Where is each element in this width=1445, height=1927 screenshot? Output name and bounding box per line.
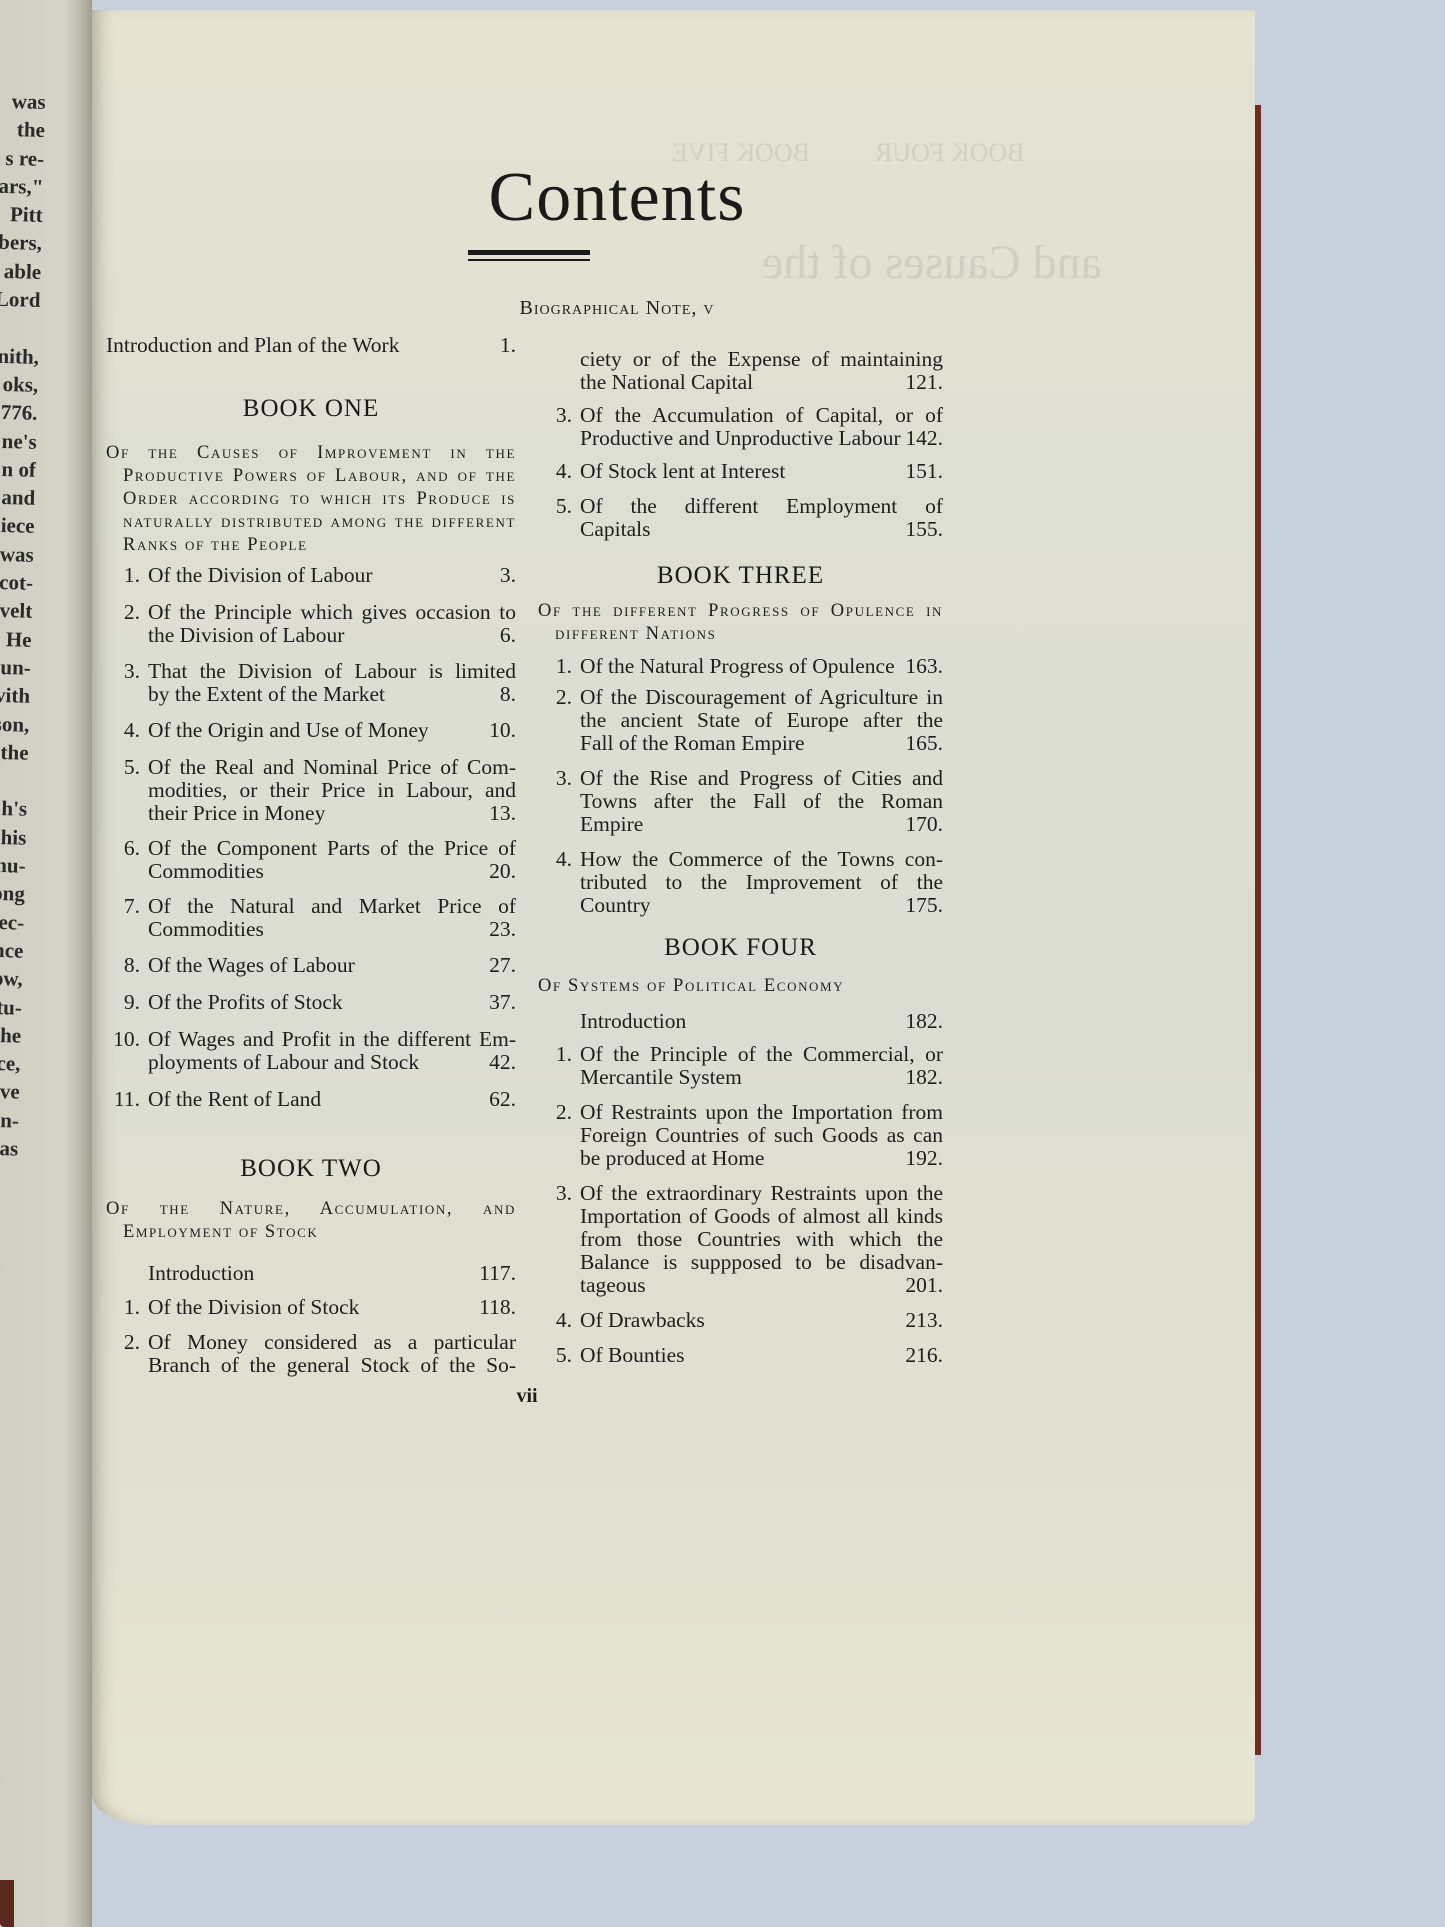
chapter-title-line: from those Countries with which the [580,1228,943,1251]
chapter-title: Of the Origin and Use of Money [148,719,429,742]
chapter-title: Of the Profits of Stock [148,991,343,1014]
chapter-title: Productive and Unproductive Labour [580,427,901,450]
chapter-title-line: Of the Rent of Land62. [148,1088,516,1111]
chapter-page: 13. [489,802,516,825]
page-title: Contents [92,158,1142,238]
facing-page-line: h's [0,794,27,823]
chapter-number: 8. [106,954,148,977]
facing-page-line: nu- [0,851,26,880]
chapter-number: 3. [538,767,580,836]
facing-page-line: and [0,483,36,512]
chapter-title-line: Importation of Goods of almost all kinds [580,1205,943,1228]
chapter-title: Capitals [580,518,650,541]
chapter-number: 5. [106,756,148,825]
chapter-title-line: Of Wages and Profit in the different Em- [148,1028,516,1051]
chapter-title-line: Of Stock lent at Interest151. [580,460,943,483]
chapter-page: 37. [489,991,516,1014]
chapter-entry[interactable]: 3.Of the Accumulation of Capital, or ofP… [538,404,943,450]
chapter-title-line: Of the Principle of the Commercial, or [580,1043,943,1066]
chapter-title-line: Of Drawbacks213. [580,1309,943,1332]
chapter-title-line: the Division of Labour6. [148,624,516,647]
chapter-title-line: Of the extraordinary Restraints upon the [580,1182,943,1205]
chapter-entry[interactable]: 3.Of the extraordinary Restraints upon t… [538,1182,943,1297]
chapter-number: 6. [106,837,148,883]
chapter-title-line: Branch of the general Stock of the So- [148,1354,516,1377]
chapter-page: 10. [489,719,516,742]
chapter-title-line: Fall of the Roman Empire165. [580,732,943,755]
chapter-number: 11. [106,1088,148,1111]
facing-page-line: oks, [0,370,39,399]
chapter-title-line: Mercantile System182. [580,1066,943,1089]
chapter-page: 8. [500,683,516,706]
chapter-entry[interactable]: 7.Of the Natural and Market Price ofComm… [106,895,516,941]
book-four-heading: BOOK FOUR [538,936,943,959]
book-four-subtitle: Of Systems of Political Economy [538,975,943,998]
chapter-title-line: Of the Wages of Labour27. [148,954,516,977]
chapter-title: be produced at Home [580,1147,764,1170]
chapter-entry[interactable]: 4.Of the Origin and Use of Money10. [106,719,516,742]
chapter-title-line: tageous201. [580,1274,943,1297]
chapter-entry[interactable]: 10.Of Wages and Profit in the different … [106,1028,516,1074]
chapter-title-line: That the Division of Labour is limited [148,660,516,683]
chapter-title: Country [580,894,650,917]
chapter-number: 2. [538,1101,580,1170]
chapter-entry[interactable]: ciety or of the Expense of maintainingth… [538,348,943,394]
chapter-number [538,348,580,394]
facing-page-line: ec- [0,907,25,936]
chapter-number: 5. [538,1344,580,1367]
title-rule-thick [468,250,590,255]
chapter-number: 4. [538,460,580,483]
book-three-subtitle: Of the different Progress of Opulence in… [538,600,943,646]
book-two-introduction[interactable]: Introduction 117. [106,1262,516,1285]
chapter-page: 175. [905,894,943,917]
chapter-title-line: modities, or their Price in Labour, and [148,779,516,802]
facing-page-text: wasthes re-ars,"Pittbers,ableLord nith,o… [0,87,46,1163]
chapter-title-line: Empire170. [580,813,943,836]
facing-page-line: ow, [0,964,23,993]
chapter-title: Of the Division of Labour [148,564,373,587]
facing-page-line: Pitt [0,200,43,229]
facing-page-line: in- [0,1105,19,1134]
chapter-page: 155. [905,518,943,541]
book-two-heading: BOOK TWO [106,1157,516,1180]
facing-page-line: s re- [0,143,45,172]
facing-page-line: velt [0,596,33,625]
facing-page-line: He [0,624,32,653]
book-one-subtitle: Of the Causes of Improvement in the Prod… [106,442,516,557]
chapter-title-line: Of the Component Parts of the Price of [148,837,516,860]
chapter-entry[interactable]: 1.Of the Division of Stock118. [106,1296,516,1319]
chapter-title-line: by the Extent of the Market8. [148,683,516,706]
chapter-entry[interactable]: 5.Of the Real and Nominal Price of Com-m… [106,756,516,825]
chapter-title-line: How the Commerce of the Towns con- [580,848,943,871]
contents-page: BOOK FOUR BOOK FIVE and Causes of the Co… [92,10,1255,1825]
bleed-through-text: and Causes of the [762,235,1102,290]
facing-page-line: the [0,115,45,144]
chapter-page: 118. [479,1296,516,1319]
page-number: vii [92,1385,962,1408]
chapter-entry[interactable]: 9.Of the Profits of Stock37. [106,991,516,1014]
chapter-page: 201. [905,1274,943,1297]
chapter-title-line: Balance is suppposed to be disadvan- [580,1251,943,1274]
chapter-entry[interactable]: 5.Of Bounties216. [538,1344,943,1367]
chapter-number: 1. [106,1296,148,1319]
entry-page: 182. [905,1010,943,1033]
chapter-page: 62. [489,1088,516,1111]
chapter-title-line: ployments of Labour and Stock42. [148,1051,516,1074]
chapter-title-line: their Price in Money13. [148,802,516,825]
chapter-page: 20. [489,860,516,883]
facing-page-line: tu- [0,992,22,1021]
chapter-title: the National Capital [580,371,753,394]
chapter-page: 216. [905,1344,943,1367]
facing-page-line: n of [0,455,36,484]
chapter-title-line: the ancient State of Europe after the [580,709,943,732]
facing-page-line: as [0,1133,19,1162]
facing-page-line: nce [0,935,24,964]
chapter-title: Commodities [148,918,264,941]
chapter-title: Of Bounties [580,1344,685,1367]
chapter-title: Commodities [148,860,264,883]
chapter-title-line: Towns after the Fall of the Roman [580,790,943,813]
chapter-title-line: Country175. [580,894,943,917]
chapter-number: 3. [538,404,580,450]
chapter-title-line: Capitals155. [580,518,943,541]
chapter-entry[interactable]: 4.How the Commerce of the Towns con-trib… [538,848,943,917]
book-three-heading: BOOK THREE [538,564,943,587]
chapter-number: 10. [106,1028,148,1074]
chapter-entry[interactable]: 4.Of Stock lent at Interest151. [538,460,943,483]
entry-page: 1. [500,334,516,357]
title-rule-thin [468,259,590,261]
chapter-entry[interactable]: 3.Of the Rise and Progress of Cities and… [538,767,943,836]
facing-page-line: able [0,257,42,286]
chapter-number: 5. [538,495,580,541]
chapter-page: 165. [905,732,943,755]
chapter-page: 3. [500,564,516,587]
chapter-number: 1. [538,655,580,678]
chapter-title-line: Of the Accumulation of Capital, or of [580,404,943,427]
chapter-title-line: Of Restraints upon the Importation from [580,1101,943,1124]
chapter-title-line: Of the Profits of Stock37. [148,991,516,1014]
chapter-title: ployments of Labour and Stock [148,1051,419,1074]
chapter-title-line: Of Bounties216. [580,1344,943,1367]
chapter-title-line: Of the Division of Stock118. [148,1296,516,1319]
facing-page-line: un- [0,653,31,682]
chapter-number: 2. [106,601,148,647]
chapter-title: by the Extent of the Market [148,683,385,706]
chapter-entry[interactable]: 2.Of Money considered as a particularBra… [106,1331,516,1377]
book-two-subtitle: Of the Nature, Accumulation, and Employm… [106,1198,516,1244]
chapter-number: 4. [106,719,148,742]
chapter-title-line: Commodities23. [148,918,516,941]
entry-title: Introduction and Plan of the Work [106,334,399,357]
chapter-title-line: Of the Principle which gives occasion to [148,601,516,624]
chapter-entry[interactable]: 2.Of the Principle which gives occasion … [106,601,516,647]
chapter-title: Empire [580,813,643,836]
biographical-note[interactable]: Biographical Note, v [92,297,1142,320]
chapter-title: Mercantile System [580,1066,742,1089]
chapter-title-line: the National Capital121. [580,371,943,394]
chapter-number: 3. [106,660,148,706]
facing-page-line: iece [0,511,35,540]
chapter-page: 213. [905,1309,943,1332]
book-four-introduction[interactable]: Introduction 182. [538,1010,943,1033]
facing-page-line: he [0,1020,22,1049]
chapter-title-line: ciety or of the Expense of maintaining [580,348,943,371]
chapter-entry[interactable]: 5.Of the different Employment ofCapitals… [538,495,943,541]
facing-page-line: cot- [0,568,33,597]
facing-page-line [0,313,40,342]
chapter-number: 2. [538,686,580,755]
facing-cover-corner [0,1880,14,1927]
facing-page-line: ars," [0,172,44,201]
chapter-title-line: Of Money considered as a particular [148,1331,516,1354]
chapter-title-line: Of the Origin and Use of Money10. [148,719,516,742]
chapter-title-line: Of the Natural and Market Price of [148,895,516,918]
chapter-title-line: Of the Division of Labour3. [148,564,516,587]
facing-page-line: 776. [0,398,38,427]
entry-title: Introduction [580,1010,686,1033]
chapter-entry[interactable]: 4.Of Drawbacks213. [538,1309,943,1332]
facing-page-line: bers, [0,228,42,257]
facing-page-line: his [0,822,27,851]
chapter-number: 4. [538,848,580,917]
chapter-number: 7. [106,895,148,941]
facing-page: wasthes re-ars,"Pittbers,ableLord nith,o… [0,0,92,1927]
chapter-number: 4. [538,1309,580,1332]
chapter-entry[interactable]: 11.Of the Rent of Land62. [106,1088,516,1111]
chapter-page: 142. [905,427,943,450]
chapter-title: the Division of Labour [148,624,344,647]
chapter-title-line: be produced at Home192. [580,1147,943,1170]
chapter-title: tageous [580,1274,646,1297]
chapter-page: 121. [905,371,943,394]
chapter-title: Of the Rent of Land [148,1088,321,1111]
chapter-entry[interactable]: 3.That the Division of Labour is limited… [106,660,516,706]
chapter-title: Of the Natural Progress of Opulence [580,655,895,678]
entry-page: 117. [479,1262,516,1285]
chapter-title: their Price in Money [148,802,325,825]
chapter-page: 6. [500,624,516,647]
chapter-entry[interactable]: 1.Of the Division of Labour3. [106,564,516,587]
facing-page-line [0,766,28,795]
facing-page-line: ong [0,879,25,908]
chapter-title-line: Of the Real and Nominal Price of Com- [148,756,516,779]
chapter-title-line: Of the different Employment of [580,495,943,518]
chapter-title-line: tributed to the Improvement of the [580,871,943,894]
chapter-number: 1. [538,1043,580,1089]
chapter-title-line: Of the Rise and Progress of Cities and [580,767,943,790]
chapter-page: 27. [489,954,516,977]
chapter-title: Of the Division of Stock [148,1296,359,1319]
entry-title: Introduction [148,1262,254,1285]
chapter-page: 23. [489,918,516,941]
facing-page-line: ne's [0,426,37,455]
chapter-page: 42. [489,1051,516,1074]
chapter-entry[interactable]: 8.Of the Wages of Labour27. [106,954,516,977]
chapter-title-line: Commodities20. [148,860,516,883]
chapter-number: 1. [106,564,148,587]
chapter-number: 3. [538,1182,580,1297]
chapter-title-line: Of the Natural Progress of Opulence163. [580,655,943,678]
facing-page-line: the [0,737,29,766]
chapter-title: Of Drawbacks [580,1309,705,1332]
chapter-title: Of the Wages of Labour [148,954,355,977]
book-one-heading: BOOK ONE [106,397,516,420]
chapter-title-line: Productive and Unproductive Labour142. [580,427,943,450]
chapter-number: 2. [106,1331,148,1377]
facing-page-line: ve [0,1077,20,1106]
chapter-entry[interactable]: 1.Of the Principle of the Commercial, or… [538,1043,943,1089]
chapter-title: Of Stock lent at Interest [580,460,785,483]
facing-page-line: was [0,87,46,116]
chapter-entry[interactable]: 6.Of the Component Parts of the Price of… [106,837,516,883]
facing-page-line: nith, [0,341,39,370]
chapter-page: 192. [905,1147,943,1170]
chapter-number: 9. [106,991,148,1014]
facing-page-line: son, [0,709,30,738]
chapter-entry[interactable]: 2.Of Restraints upon the Importation fro… [538,1101,943,1170]
chapter-title: Fall of the Roman Empire [580,732,805,755]
chapter-page: 182. [905,1066,943,1089]
chapter-page: 163. [905,655,943,678]
facing-page-line: was [0,539,34,568]
introduction-entry[interactable]: Introduction and Plan of the Work 1. [106,334,516,357]
facing-page-line: ce, [0,1049,21,1078]
chapter-title-line: Of the Discouragement of Agriculture in [580,686,943,709]
chapter-entry[interactable]: 1.Of the Natural Progress of Opulence163… [538,655,943,678]
chapter-title-line: Foreign Countries of such Goods as can [580,1124,943,1147]
chapter-page: 170. [905,813,943,836]
facing-page-line: Lord [0,285,41,314]
facing-page-line: vith [0,681,30,710]
chapter-page: 151. [905,460,943,483]
chapter-entry[interactable]: 2.Of the Discouragement of Agriculture i… [538,686,943,755]
